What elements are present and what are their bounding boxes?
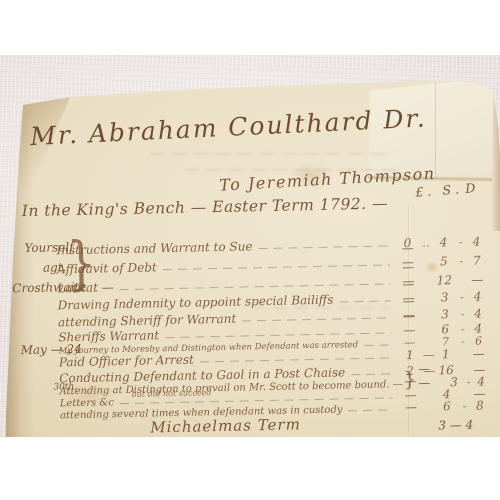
handwriting-layer: Mr. Abraham Coulthard Dr. To Jeremiah Th… — [0, 55, 500, 437]
amount-separator: - — [457, 335, 468, 348]
amount-shillings: 4 — [431, 235, 455, 249]
document-paper: Mr. Abraham Coulthard Dr. To Jeremiah Th… — [0, 55, 500, 437]
photograph: Mr. Abraham Coulthard Dr. To Jeremiah Th… — [0, 55, 500, 437]
dash-leader — [200, 357, 392, 362]
amount-pence: 7 — [467, 253, 487, 267]
amount-separator: - — [455, 235, 466, 249]
partial-bottom-amount: 3 — 4 — [438, 418, 473, 433]
amount-separator: - — [456, 254, 467, 268]
dash-leader — [242, 317, 391, 322]
pence-header: D — [465, 180, 482, 196]
shillings-header: S . — [442, 181, 466, 198]
amount-separator: - — [457, 307, 468, 321]
amount-pence: 4 — [467, 289, 487, 303]
amount-separator: — — [423, 348, 434, 362]
amount-pounds: 1 — [397, 348, 423, 363]
amount-pounds: — — — [397, 374, 424, 403]
amount-shillings: 6 — [435, 399, 459, 413]
amount-pence: — — [469, 346, 489, 360]
amount-shillings: 3 — [433, 307, 457, 321]
amount-pence: 8 — [470, 398, 490, 412]
dash-leader — [364, 344, 392, 346]
amount-shillings: 12 — [432, 273, 456, 287]
amount-pounds: — — [398, 400, 424, 415]
amount-shillings: 1 — [434, 347, 458, 361]
amount-separator: - — [456, 290, 467, 304]
dash-leader — [348, 409, 393, 411]
amount-separator: - — [459, 399, 470, 413]
item-description: Latitat — — [57, 280, 114, 295]
pounds-header: £ . — [415, 183, 443, 200]
creditor-line: To Jeremiah Thompson — [219, 164, 436, 195]
amount-pounds: — — — [396, 309, 423, 338]
amount-pence: 4 — [468, 306, 488, 320]
amount-separator: .. — [420, 236, 431, 250]
dash-leader — [339, 300, 390, 302]
amount-shillings: 5 — [432, 254, 456, 268]
dash-leader — [259, 245, 390, 249]
court-term-line: In the King's Bench — Easter Term 1792. … — [22, 194, 389, 220]
dash-leader — [351, 373, 392, 375]
ledger-items: Instructions and Warrant to Sue 0 .. 4 -… — [0, 229, 500, 422]
amount-pence: — — [467, 272, 487, 286]
item-subnote: but did not succeed — [131, 388, 211, 399]
amount-pence: 4 — [466, 234, 486, 248]
section-heading: Michaelmas Term — [150, 415, 301, 436]
billed-party-title: Mr. Abraham Coulthard Dr. — [30, 103, 428, 151]
amount-shillings: 3 — [432, 290, 456, 304]
auction-photo-frame: Mr. Abraham Coulthard Dr. To Jeremiah Th… — [0, 0, 500, 500]
